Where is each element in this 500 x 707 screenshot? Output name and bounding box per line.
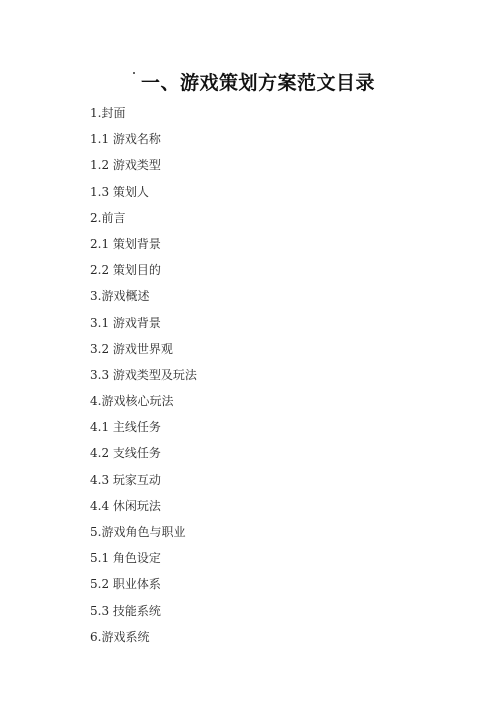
- toc-item: 2.前言: [90, 208, 197, 234]
- toc-item: 4.4 休闲玩法: [90, 496, 197, 522]
- toc-item: 3.1 游戏背景: [90, 313, 197, 339]
- toc-item: 1.3 策划人: [90, 182, 197, 208]
- toc-item: 1.封面: [90, 103, 197, 129]
- document-page: 一、游戏策划方案范文目录 1.封面 1.1 游戏名称 1.2 游戏类型 1.3 …: [0, 0, 500, 707]
- table-of-contents: 1.封面 1.1 游戏名称 1.2 游戏类型 1.3 策划人 2.前言 2.1 …: [90, 103, 197, 653]
- toc-item: 6.游戏系统: [90, 627, 197, 653]
- toc-item: 5.1 角色设定: [90, 548, 197, 574]
- toc-item: 2.1 策划背景: [90, 234, 197, 260]
- bullet-dot-mark: [133, 72, 135, 74]
- toc-item: 3.游戏概述: [90, 286, 197, 312]
- title-row: 一、游戏策划方案范文目录: [0, 68, 500, 95]
- toc-item: 1.1 游戏名称: [90, 129, 197, 155]
- toc-item: 2.2 策划目的: [90, 260, 197, 286]
- toc-item: 5.2 职业体系: [90, 574, 197, 600]
- toc-item: 4.1 主线任务: [90, 417, 197, 443]
- page-title-text: 一、游戏策划方案范文目录: [141, 72, 375, 94]
- page-title: 一、游戏策划方案范文目录: [141, 68, 375, 95]
- toc-item: 4.2 支线任务: [90, 443, 197, 469]
- toc-item: 4.3 玩家互动: [90, 470, 197, 496]
- toc-item: 3.3 游戏类型及玩法: [90, 365, 197, 391]
- toc-item: 3.2 游戏世界观: [90, 339, 197, 365]
- toc-item: 1.2 游戏类型: [90, 155, 197, 181]
- toc-item: 5.3 技能系统: [90, 601, 197, 627]
- toc-item: 5.游戏角色与职业: [90, 522, 197, 548]
- toc-item: 4.游戏核心玩法: [90, 391, 197, 417]
